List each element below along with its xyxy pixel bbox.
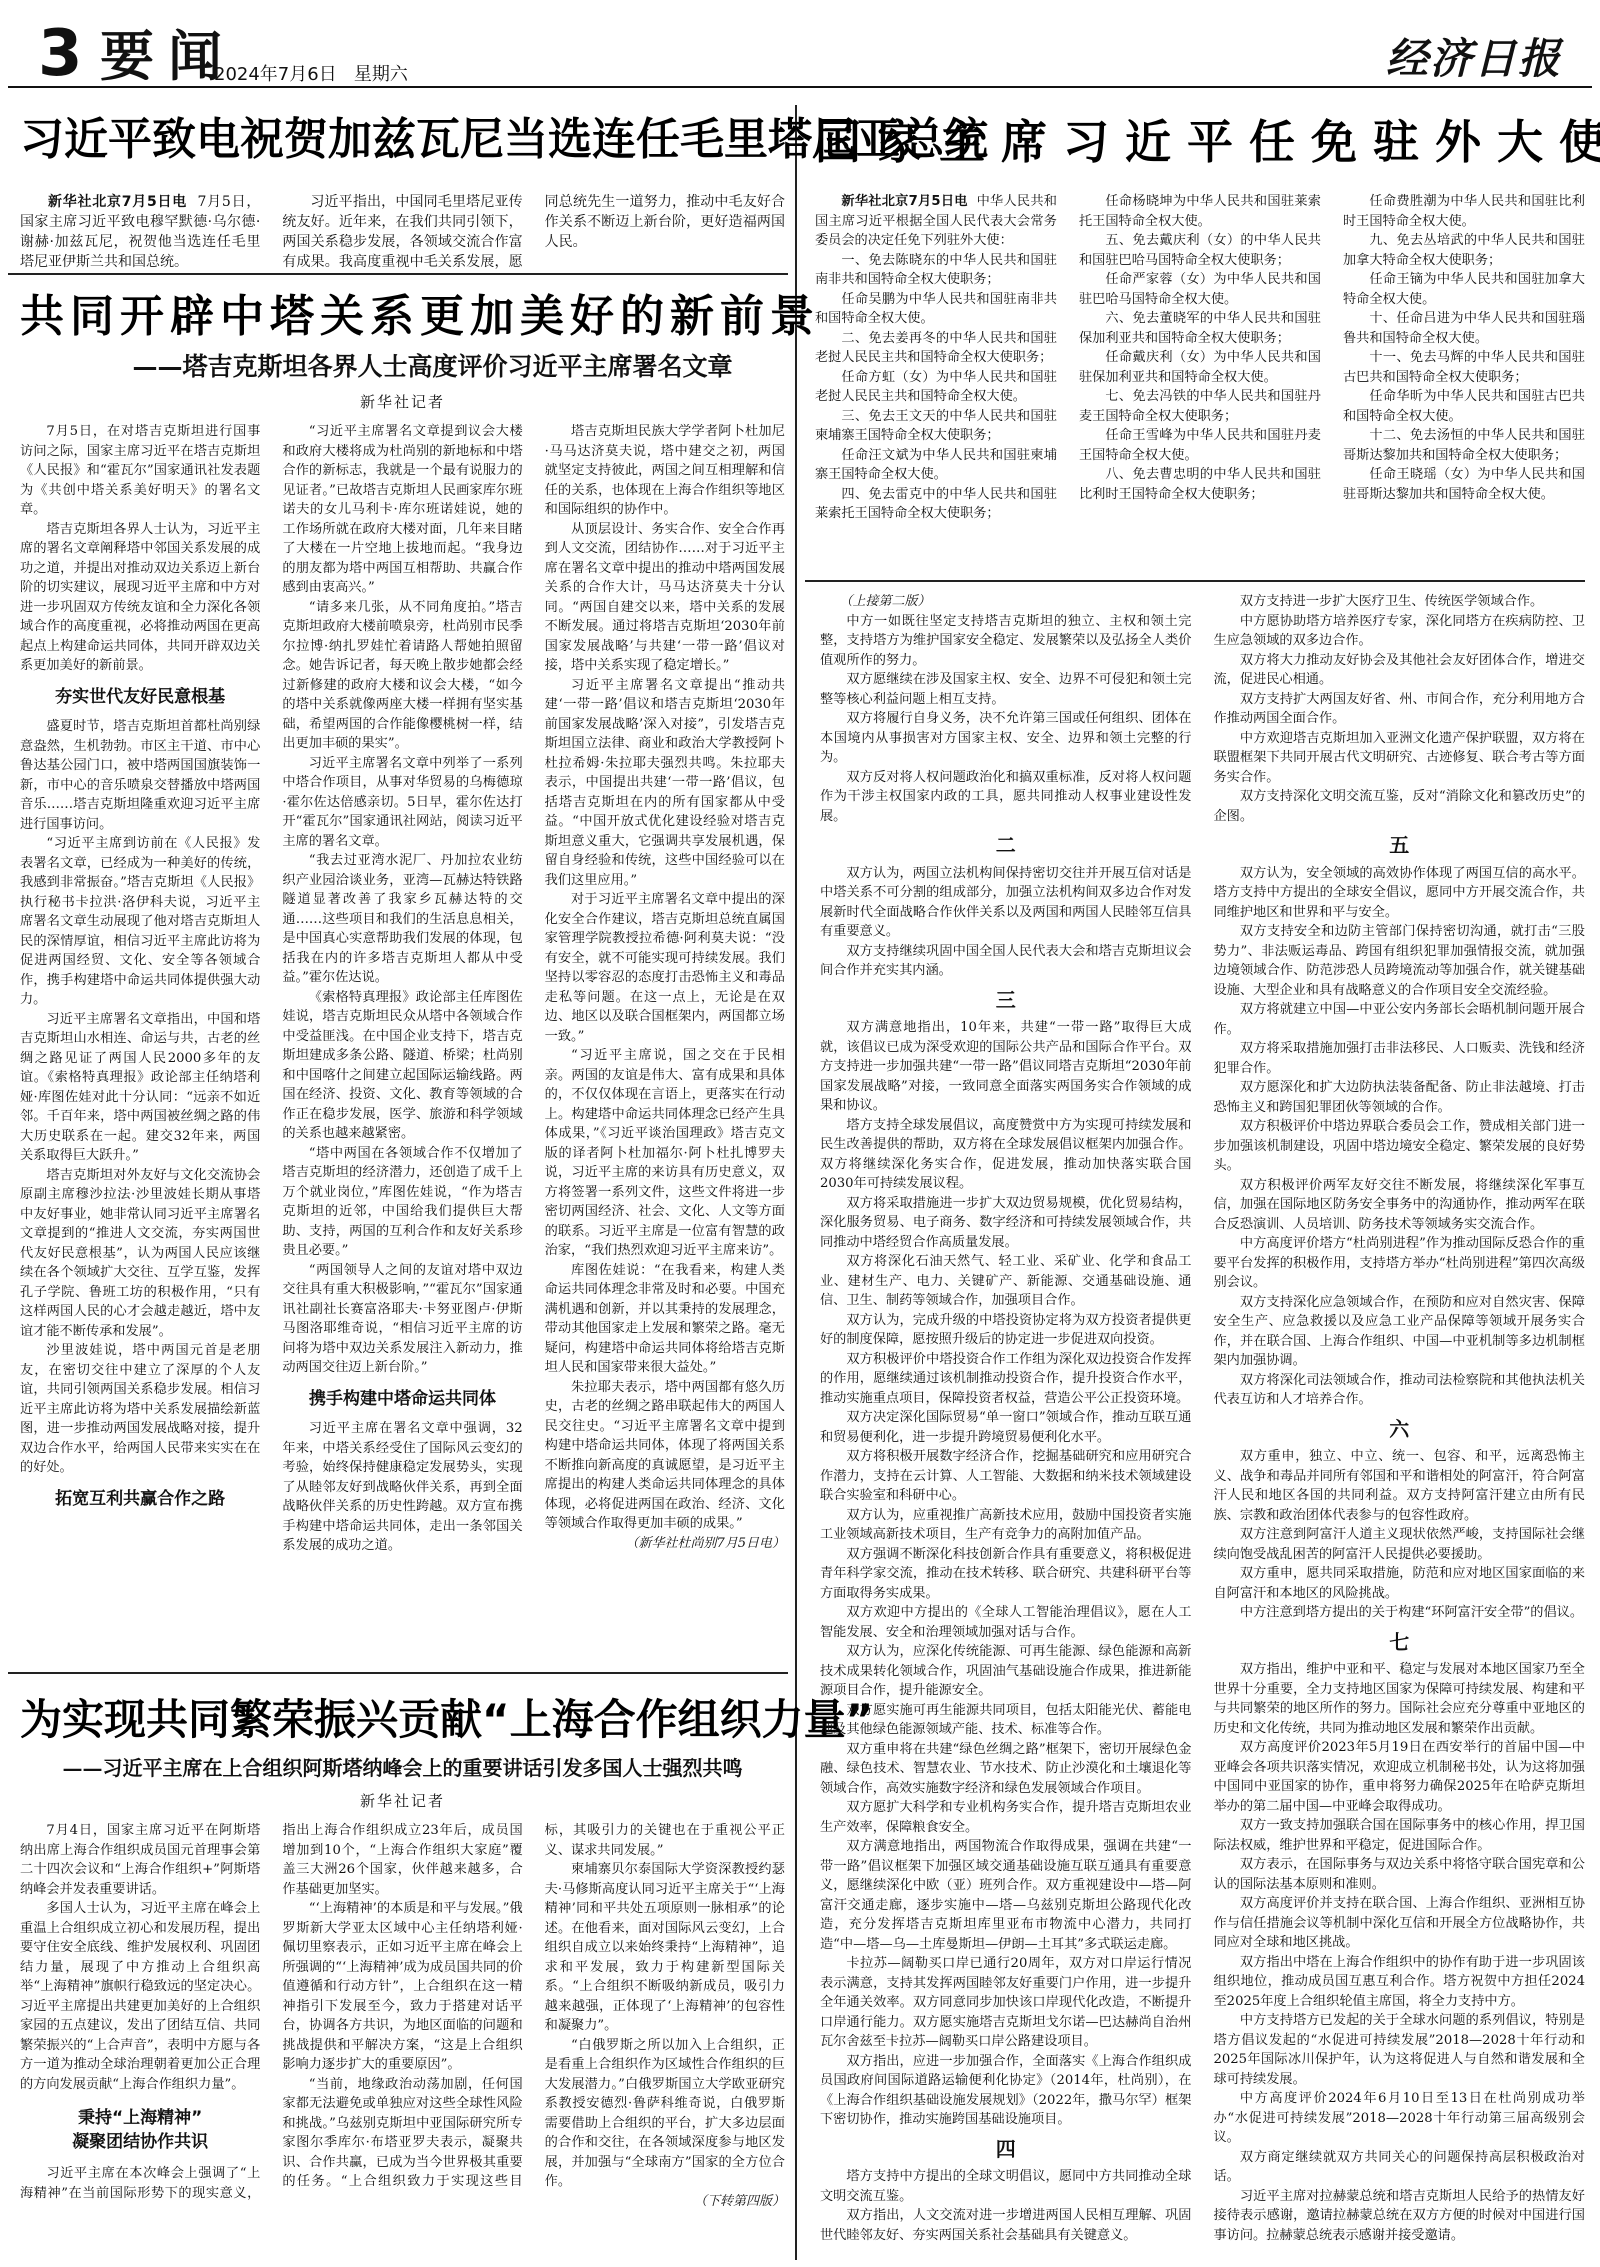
paragraph: 双方愿实施可再生能源共同项目，包括太阳能光伏、蓄能电池及其他绿色能源领域产能、技… [820, 1701, 1192, 1740]
paragraph: 任命杨晓坤为中华人民共和国驻莱索托王国特命全权大使。 [1079, 192, 1321, 231]
paragraph: 双方反对将人权问题政治化和搞双重标准，反对将人权问题作为干涉主权国家内政的工具，… [820, 768, 1192, 827]
article-body: 7月4日，国家主席习近平在阿斯塔纳出席上海合作组织成员国元首理事会第二十四次会议… [20, 1821, 785, 2261]
paragraph: 双方积极评价两军友好交往不断发展，将继续深化军事互信，加强在国际地区防务安全事务… [1214, 1176, 1586, 1235]
paragraph: “习近平主席到访前在《人民报》发表署名文章，已经成为一种美好的传统，我感到非常振… [20, 834, 260, 1010]
paragraph: 双方认为，安全领域的高效协作体现了两国互信的高水平。塔方支持中方提出的全球安全倡… [1214, 864, 1586, 923]
paragraph: 任命王晓瑶（女）为中华人民共和国驻哥斯达黎加共和国特命全权大使。 [1343, 465, 1585, 504]
paragraph: 双方重申，愿共同采取措施，防范和应对地区国家面临的来自阿富汗和本地区的风险挑战。 [1214, 1564, 1586, 1603]
paragraph: 十二、免去汤恒的中华人民共和国驻哥斯达黎加共和国特命全权大使职务； [1343, 426, 1585, 465]
paragraph: “请多来几张，从不同角度拍。”塔吉克斯坦政府大楼前喷泉旁，杜尚别市民季尔拉博·纳… [282, 598, 522, 754]
paragraph: 柬埔寨贝尔泰国际大学资深教授约瑟夫·马修斯高度认同习近平主席关于“‘上海精神’同… [545, 1860, 785, 2036]
paragraph: 双方愿扩大科学和专业机构务实合作，提升塔吉克斯坦农业生产效率，保障粮食安全。 [820, 1798, 1192, 1837]
paragraph: 任命严家蓉（女）为中华人民共和国驻巴哈马国特命全权大使。 [1079, 270, 1321, 309]
divider [8, 273, 788, 275]
paragraph: 双方支持扩大两国友好省、州、市间合作，充分利用地方合作推动两国全面合作。 [1214, 690, 1586, 729]
paragraph: 任命王雪峰为中华人民共和国驻丹麦王国特命全权大使。 [1079, 426, 1321, 465]
paragraph: 三、免去王文天的中华人民共和国驻柬埔寨王国特命全权大使职务； [815, 407, 1057, 446]
paragraph: 双方将深化石油天然气、轻工业、采矿业、化学和食品工业、建材生产、电力、关键矿产、… [820, 1252, 1192, 1311]
article-joint-statement: （上接第二版） 中方一如既往坚定支持塔吉克斯坦的独立、主权和领土完整，支持塔方为… [820, 592, 1585, 2257]
paragraph: 习近平指出，中国同毛里塔尼亚传统友好。近年来，在我们共同引领下，两国关系稳步发展… [282, 192, 785, 272]
article-ambassadors: 国家主席习近平任免驻外大使 新华社北京7月5日电 中华人民共和国主席习近平根据全… [815, 110, 1585, 547]
paragraph: 双方将大力推动友好协会及其他社会友好团体合作，增进交流，促进民心相通。 [1214, 651, 1586, 690]
paragraph: 习近平主席对拉赫蒙总统和塔吉克斯坦人民给予的热情友好接待表示感谢，邀请拉赫蒙总统… [1214, 2187, 1586, 2246]
paragraph: 库图佐娃说：“在我看来，构建人类命运共同体理念非常及时和必要。中国充满机遇和创新… [545, 1261, 785, 1378]
paragraph: 五、免去戴庆利（女）的中华人民共和国驻巴哈马国特命全权大使职务； [1079, 231, 1321, 270]
paragraph: 从顶层设计、务实合作、安全合作再到人文交流，团结协作……对于习近平主席在署名文章… [545, 520, 785, 676]
article-subheadline: ——塔吉克斯坦各界人士高度评价习近平主席署名文章 [80, 349, 785, 385]
paragraph: 双方满意地指出，两国物流合作取得成果，强调在共建“一带一路”倡议框架下加强区域交… [820, 1837, 1192, 1954]
paragraph: 任命戴庆利（女）为中华人民共和国驻保加利亚共和国特命全权大使。 [1079, 348, 1321, 387]
section-title: 拓宽互利共赢合作之路 [20, 1490, 260, 1510]
paragraph: 对于习近平主席署名文章中提出的深化安全合作建议，塔吉克斯坦总统直属国家管理学院教… [545, 890, 785, 1046]
article-sco: 为实现共同繁荣振兴贡献“上海合作组织力量” ——习近平主席在上合组织阿斯塔纳峰会… [20, 1688, 785, 2261]
section-title: 夯实世代友好民意根基 [20, 688, 260, 708]
paragraph: 七、免去冯铁的中华人民共和国驻丹麦王国特命全权大使职务； [1079, 387, 1321, 426]
article-china-tajikistan: 共同开辟中塔关系更加美好的新前景 ——塔吉克斯坦各界人士高度评价习近平主席署名文… [20, 285, 785, 1582]
section-number: 七 [1214, 1633, 1586, 1653]
section-number: 六 [1214, 1420, 1586, 1440]
paragraph: 朱拉耶夫表示，塔中两国都有悠久历史，古老的丝绸之路串联起伟大的两国人民交往史。“… [545, 1378, 785, 1534]
paragraph: 卡拉苏—阔勒买口岸已通行20周年，双方对口岸运行情况表示满意，支持其发挥两国睦邻… [820, 1954, 1192, 2052]
article-body: （上接第二版） 中方一如既往坚定支持塔吉克斯坦的独立、主权和领土完整，支持塔方为… [820, 592, 1585, 2257]
paragraph: 十一、免去马辉的中华人民共和国驻古巴共和国特命全权大使职务； [1343, 348, 1585, 387]
paragraph: 双方认为，完成升级的中塔投资协定将为双方投资者提供更好的制度保障，愿按照升级后的… [820, 1311, 1192, 1350]
paragraph: “两国领导人之间的友谊对塔中双边交往具有重大积极影响，”“霍瓦尔”国家通讯社副社… [282, 1261, 522, 1378]
section-title: 秉持“上海精神” 凝聚团结协作共识 [20, 2106, 260, 2154]
paragraph: 习近平主席署名文章指出，中国和塔吉克斯坦山水相连、命运与共，古老的丝绸之路见证了… [20, 1010, 260, 1166]
paragraph: 塔吉克斯坦对外友好与文化交流协会原副主席穆沙拉法·沙里波娃长期从事塔中友好事业，… [20, 1166, 260, 1342]
paragraph: 双方将积极开展数字经济合作，挖掘基础研究和应用研究合作潜力，支持在云计算、人工智… [820, 1447, 1192, 1506]
paragraph: 7月5日，在对塔吉克斯坦进行国事访问之际，国家主席习近平在塔吉克斯坦《人民报》和… [20, 422, 260, 520]
paragraph: 二、免去姜再冬的中华人民共和国驻老挝人民民主共和国特命全权大使职务； [815, 329, 1057, 368]
paragraph: “习近平主席署名文章提到议会大楼和政府大楼将成为杜尚别的新地标和中塔合作的新标志… [282, 422, 522, 598]
paragraph: 八、免去曹忠明的中华人民共和国驻比利时王国特命全权大使职务； [1079, 465, 1321, 504]
byline: 新华社记者 [20, 391, 785, 412]
section-number: 四 [820, 2140, 1192, 2160]
paragraph: 任命方虹（女）为中华人民共和国驻老挝人民民主共和国特命全权大使。 [815, 368, 1057, 407]
paragraph: 九、免去丛培武的中华人民共和国驻加拿大特命全权大使职务； [1343, 231, 1585, 270]
section-title-line: 凝聚团结协作共识 [20, 2130, 260, 2154]
paragraph: 中方欢迎塔吉克斯坦加入亚洲文化遗产保护联盟，双方将在联盟框架下共同开展古代文明研… [1214, 729, 1586, 788]
paragraph: 双方支持安全和边防主管部门保持密切沟通，就打击“三股势力”、非法贩运毒品、跨国有… [1214, 922, 1586, 1000]
paragraph: 十、任命吕进为中华人民共和国驻瑙鲁共和国特命全权大使。 [1343, 309, 1585, 348]
paragraph: 中方高度评价塔方“杜尚别进程”作为推动国际反恐合作的重要平台发挥的积极作用，支持… [1214, 1234, 1586, 1293]
masthead: 3 要闻 2024年7月6日 星期六 经济日报 [8, 0, 1592, 88]
article-body: 新华社北京7月5日电 7月5日，国家主席习近平致电穆罕默德·乌尔德·谢赫·加兹瓦… [20, 192, 785, 272]
continued-note: （下转第四版） [545, 2192, 785, 2212]
paragraph: 双方支持进一步扩大医疗卫生、传统医学领域合作。 [1214, 592, 1586, 612]
paragraph: “塔中两国在各领域合作不仅增加了塔吉克斯坦的经济潜力，还创造了成千上万个就业岗位… [282, 1144, 522, 1261]
paragraph: 任命汪文斌为中华人民共和国驻柬埔寨王国特命全权大使。 [815, 446, 1057, 485]
article-headline: 国家主席习近平任免驻外大使 [815, 110, 1585, 174]
newspaper-logo: 经济日报 [1386, 26, 1562, 86]
paragraph: 双方一致支持加强联合国在国际事务中的核心作用，捍卫国际法权威，维护世界和平稳定，… [1214, 1816, 1586, 1855]
paragraph: 双方指出，人文交流对进一步增进两国人民相互理解、巩固世代睦邻友好、夯实两国关系社… [820, 2206, 1192, 2245]
article-lead: 新华社北京7月5日电 [48, 194, 187, 210]
paragraph: 任命华昕为中华人民共和国驻古巴共和国特命全权大使。 [1343, 387, 1585, 426]
section-title: 携手构建中塔命运共同体 [282, 1390, 522, 1410]
paragraph: 双方决定深化国际贸易“单一窗口”领域合作，推动互联互通和贸易便利化，进一步提升跨… [820, 1408, 1192, 1447]
paragraph: 双方重申将在共建“绿色丝绸之路”框架下，密切开展绿色金融、绿色技术、智慧农业、节… [820, 1740, 1192, 1799]
article-text: 新华社北京7月5日电 7月5日，国家主席习近平致电穆罕默德·乌尔德·谢赫·加兹瓦… [20, 192, 785, 272]
paragraph: 盛夏时节，塔吉克斯坦首都杜尚别绿意盎然，生机勃勃。市区主干道、市中心鲁达基公园门… [20, 717, 260, 834]
paragraph: 《索格特真理报》政论部主任库图佐娃说，塔吉克斯坦民众从塔中各领域合作中受益匪浅。… [282, 988, 522, 1144]
article-headline: 为实现共同繁荣振兴贡献“上海合作组织力量” [20, 1688, 785, 1752]
paragraph: 双方将采取措施加强打击非法移民、人口贩卖、洗钱和经济犯罪合作。 [1214, 1039, 1586, 1078]
paragraph: 双方将深化司法领域合作，推动司法检察院和其他执法机关代表互访和人才培养合作。 [1214, 1371, 1586, 1410]
paragraph: 双方认为，两国立法机构间保持密切交往并开展互信对话是中塔关系不可分割的组成部分，… [820, 864, 1192, 942]
paragraph: 塔吉克斯坦民族大学学者阿卜杜加尼·马马达济莫夫说，塔中建交之初，两国就坚定支持彼… [545, 422, 785, 520]
section-title-line: 秉持“上海精神” [20, 2106, 260, 2130]
paragraph: 双方欢迎中方提出的《全球人工智能治理倡议》，愿在人工智能发展、安全和治理领域加强… [820, 1603, 1192, 1642]
paragraph: 双方指出中塔在上海合作组织中的协作有助于进一步巩固该组织地位，推动成员国互惠互利… [1214, 1953, 1586, 2012]
section-number: 三 [820, 991, 1192, 1011]
paragraph: 双方高度评价2023年5月19日在西安举行的首届中国—中亚峰会各项共识落实情况，… [1214, 1738, 1586, 1816]
paragraph: 双方愿深化和扩大边防执法装备配备、防止非法越境、打击恐怖主义和跨国犯罪团伙等领域… [1214, 1078, 1586, 1117]
paragraph: 中方一如既往坚定支持塔吉克斯坦的独立、主权和领土完整，支持塔方为维护国家安全稳定… [820, 612, 1192, 671]
article-subheadline: ——习近平主席在上合组织阿斯塔纳峰会上的重要讲话引发多国人士强烈共鸣 [20, 1752, 785, 1784]
issue-date: 2024年7月6日 星期六 [214, 60, 408, 86]
article-body: 7月5日，在对塔吉克斯坦进行国事访问之际，国家主席习近平在塔吉克斯坦《人民报》和… [20, 422, 785, 1582]
article-headline: 习近平致电祝贺加兹瓦尼当选连任毛里塔尼亚总统 [20, 110, 785, 170]
paragraph: “我去过亚湾水泥厂、丹加拉农业纺织产业园洽谈业务，亚湾—瓦赫达特铁路隧道显著改善… [282, 851, 522, 988]
paragraph: 双方满意地指出，10年来，共建“一带一路”取得巨大成就，该倡议已成为深受欢迎的国… [820, 1018, 1192, 1116]
paragraph: 双方将采取措施进一步扩大双边贸易规模，优化贸易结构，深化服务贸易、电子商务、数字… [820, 1194, 1192, 1253]
paragraph: 习近平主席署名文章中列举了一系列中塔合作项目，从事对华贸易的乌梅德琼·霍尔佐达倍… [282, 754, 522, 852]
paragraph: 双方积极评价中塔投资合作工作组为深化双边投资合作发挥的作用，愿继续通过该机制推动… [820, 1350, 1192, 1409]
article-headline: 共同开辟中塔关系更加美好的新前景 [20, 285, 785, 349]
paragraph: 任命费胜潮为中华人民共和国驻比利时王国特命全权大使。 [1343, 192, 1585, 231]
article-congratulations: 习近平致电祝贺加兹瓦尼当选连任毛里塔尼亚总统 新华社北京7月5日电 7月5日，国… [20, 110, 785, 272]
article-lead: 新华社北京7月5日电 [841, 194, 967, 209]
paragraph: 习近平主席在署名文章中强调，32年来，中塔关系经受住了国际风云变幻的考验，始终保… [282, 1419, 522, 1556]
paragraph: 四、免去雷克中的中华人民共和国驻莱索托王国特命全权大使职务； [815, 485, 1057, 524]
paragraph: 塔方支持全球发展倡议，高度赞赏中方为实现可持续发展和民生改善提供的帮助，双方将在… [820, 1116, 1192, 1194]
paragraph: 双方愿继续在涉及国家主权、安全、边界不可侵犯和领土完整等核心利益问题上相互支持。 [820, 670, 1192, 709]
paragraph: 中方愿协助塔方培养医疗专家，深化同塔方在疾病防控、卫生应急领域的双多边合作。 [1214, 612, 1586, 651]
paragraph: 双方将履行自身义务，决不允许第三国或任何组织、团体在本国境内从事损害对方国家主权… [820, 709, 1192, 768]
paragraph: 中方高度评价2024年6月10日至13日在杜尚别成功举办“水促进可持续发展”20… [1214, 2089, 1586, 2148]
paragraph: “习近平主席说，国之交在于民相亲。两国的友谊是伟大、富有成果和具体的，不仅仅体现… [545, 1046, 785, 1261]
paragraph: 7月4日，国家主席习近平在阿斯塔纳出席上海合作组织成员国元首理事会第二十四次会议… [20, 1821, 260, 1899]
paragraph: 习近平主席署名文章提出“推动共建‘一带一路’倡议和塔吉克斯坦‘2030年前国家发… [545, 676, 785, 891]
divider [805, 580, 1585, 582]
column-divider [795, 105, 797, 2260]
paragraph: 双方高度评价并支持在联合国、上海合作组织、亚洲相互协作与信任措施会议等机制中深化… [1214, 1894, 1586, 1953]
divider [8, 1672, 788, 1674]
paragraph: 双方积极评价中塔边界联合委员会工作，赞成相关部门进一步加强该机制建设，巩固中塔边… [1214, 1117, 1586, 1176]
paragraph: 一、免去陈晓东的中华人民共和国驻南非共和国特命全权大使职务； [815, 251, 1057, 290]
paragraph: 双方认为，应重视推广高新技术应用，鼓励中国投资者实施工业领域高新技术项目，生产有… [820, 1506, 1192, 1545]
continued-from-note: （上接第二版） [820, 592, 1192, 612]
byline: 新华社记者 [20, 1790, 785, 1811]
section-number: 五 [1214, 836, 1586, 856]
paragraph: 双方指出，维护中亚和平、稳定与发展对本地区国家乃至全世界十分重要，全力支持地区国… [1214, 1660, 1586, 1738]
paragraph: 双方强调不断深化科技创新合作具有重要意义，将积极促进青年科学家交流，推动在技术转… [820, 1545, 1192, 1604]
paragraph: 双方支持继续巩固中国全国人民代表大会和塔吉克斯坦议会间合作并充实其内涵。 [820, 942, 1192, 981]
paragraph: 双方指出，应进一步加强合作，全面落实《上海合作组织成员国政府间国际道路运输便利化… [820, 2052, 1192, 2130]
paragraph: 双方支持深化应急领域合作，在预防和应对自然灾害、保障安全生产、应急救援以及应急工… [1214, 1293, 1586, 1371]
page-number: 3 [38, 22, 83, 86]
paragraph: 多国人士认为，习近平主席在峰会上重温上合组织成立初心和发展历程，提出要守住安全底… [20, 1899, 260, 2094]
article-body: 新华社北京7月5日电 中华人民共和国主席习近平根据全国人民代表大会常务委员会的决… [815, 192, 1585, 547]
paragraph: 任命吴鹏为中华人民共和国驻南非共和国特命全权大使。 [815, 290, 1057, 329]
date-text: 2024年7月6日 [214, 64, 337, 85]
paragraph: “‘上海精神’的本质是和平与发展。”俄罗斯新大学亚太区域中心主任纳塔利娅·佩切里… [282, 1899, 522, 2075]
paragraph: 中方注意到塔方提出的关于构建“环阿富汗安全带”的倡议。 [1214, 1603, 1586, 1623]
paragraph: 双方注意到阿富汗人道主义现状依然严峻，支持国际社会继续向饱受战乱困苦的阿富汗人民… [1214, 1525, 1586, 1564]
paragraph: 双方表示，在国际事务与双边关系中将恪守联合国宪章和公认的国际法基本原则和准则。 [1214, 1855, 1586, 1894]
weekday-text: 星期六 [354, 64, 408, 85]
paragraph: 双方支持深化文明交流互鉴，反对“消除文化和篡改历史”的企图。 [1214, 787, 1586, 826]
paragraph: 双方认为，应深化传统能源、可再生能源、绿色能源和高新技术成果转化领域合作，巩固油… [820, 1642, 1192, 1701]
paragraph: 双方重申，独立、中立、统一、包容、和平，远离恐怖主义、战争和毒品并同所有邻国和平… [1214, 1447, 1586, 1525]
paragraph: 双方将就建立中国—中亚公安内务部长会晤机制问题开展合作。 [1214, 1000, 1586, 1039]
paragraph: 塔吉克斯坦各界人士认为，习近平主席的署名文章阐释塔中邻国关系发展的成功之道，并提… [20, 520, 260, 676]
paragraph: 塔方支持中方提出的全球文明倡议，愿同中方共同推动全球文明交流互鉴。 [820, 2167, 1192, 2206]
paragraph: “白俄罗斯之所以加入上合组织，正是看重上合组织作为区域性合作组织的巨大发展潜力。… [545, 2036, 785, 2192]
paragraph: 六、免去董晓军的中华人民共和国驻保加利亚共和国特命全权大使职务； [1079, 309, 1321, 348]
paragraph: 双方商定继续就双方共同关心的问题保持高层积极政治对话。 [1214, 2148, 1586, 2187]
paragraph: 沙里波娃说，塔中两国元首是老朋友，在密切交往中建立了深厚的个人友谊，共同引领两国… [20, 1341, 260, 1478]
paragraph: 中方支持塔方已发起的关于全球水问题的系列倡议，特别是塔方倡议发起的“水促进可持续… [1214, 2011, 1586, 2089]
dateline: （新华社杜尚别7月5日电） [545, 1534, 785, 1554]
paragraph: 任命王镝为中华人民共和国驻加拿大特命全权大使。 [1343, 270, 1585, 309]
section-number: 二 [820, 836, 1192, 856]
